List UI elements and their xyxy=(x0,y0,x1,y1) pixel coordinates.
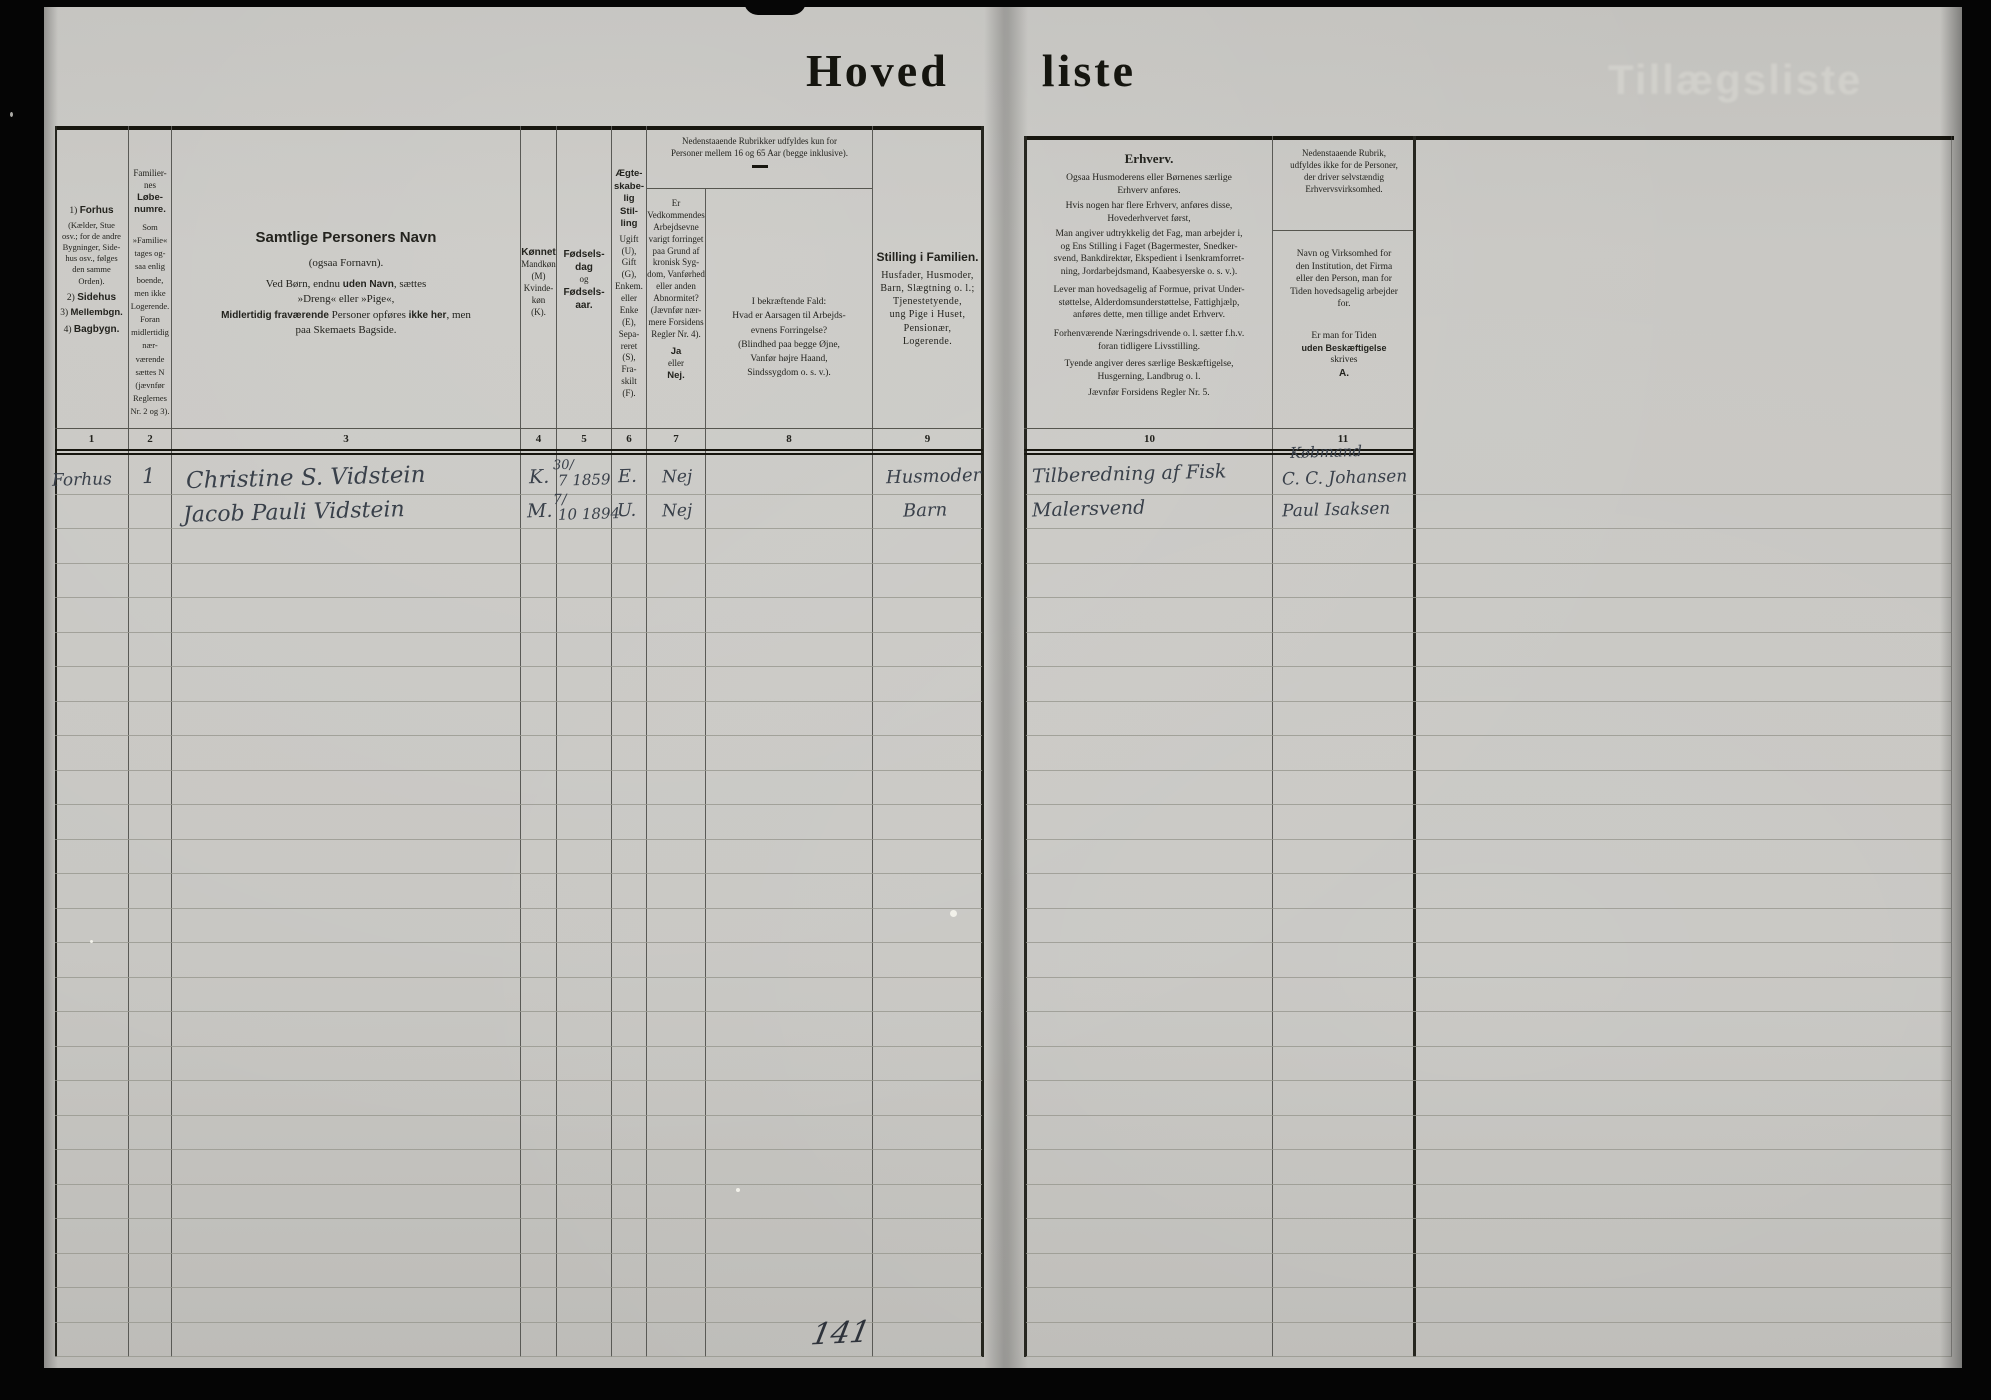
left-header-bottom-line xyxy=(55,428,983,429)
colnum-6: 6 xyxy=(612,433,646,445)
col7-body: Er Vedkommendes Arbejdsevne varigt forri… xyxy=(647,198,705,341)
row-line xyxy=(55,839,982,840)
col2-title-top: Familier- nes xyxy=(129,168,171,192)
entry-row2-sex: M. xyxy=(527,500,553,523)
row-line xyxy=(1026,1184,1952,1185)
col3-rule-absent: Midlertidig fraværende Personer opføres … xyxy=(172,308,520,323)
col6-title: Ægte- skabe- lig Stil- ling xyxy=(612,168,646,231)
row-line xyxy=(1026,977,1952,978)
col4-title: Kønnet xyxy=(521,246,556,259)
row-line xyxy=(1026,597,1952,598)
page-title: Hoved liste xyxy=(806,44,1136,97)
col4-header: Kønnet Mandkøn (M) Kvinde- køn (K). xyxy=(521,246,556,319)
row-line xyxy=(1026,1287,1952,1288)
entry-row2-birthdate: 10 1894 xyxy=(558,504,620,524)
page-title-word-2: liste xyxy=(1042,44,1136,97)
col5-line-c: Fødsels- aar. xyxy=(557,286,611,312)
col11-divider-line xyxy=(1273,230,1413,231)
left-double-line-b xyxy=(55,453,983,455)
row-line xyxy=(55,735,982,736)
colnum-8: 8 xyxy=(706,433,872,445)
row-line xyxy=(1026,908,1952,909)
col3-rule-absent-2: paa Skemaets Bagside. xyxy=(172,323,520,338)
entry-row1-sex: K. xyxy=(529,466,550,489)
census-scan-page: Hoved liste Tillægsliste 1) Forhus (Kæld… xyxy=(0,0,1991,1400)
col2-note: Som »Familie« tages og- saa enlig boende… xyxy=(129,221,171,419)
col10-p6: Tyende angiver deres særlige Beskæftigel… xyxy=(1028,358,1270,383)
row-line xyxy=(1026,1149,1952,1150)
entry-building-type: Forhus xyxy=(52,469,112,491)
colnum-4: 4 xyxy=(521,433,556,445)
row-line xyxy=(1026,666,1952,667)
ghost-bleedthrough-title: Tillægsliste xyxy=(1608,56,1862,104)
col11-right-border xyxy=(1413,136,1416,1357)
col4-body: Mandkøn (M) Kvinde- køn (K). xyxy=(521,259,556,318)
colnum-2: 2 xyxy=(129,433,171,445)
col2-title-bold: Løbe- numre. xyxy=(129,192,171,217)
col8-header: I bekræftende Fald: Hvad er Aarsagen til… xyxy=(706,295,872,381)
col1-item2-num: 2) xyxy=(67,293,75,303)
page-gutter-shadow xyxy=(984,7,1028,1368)
col9-title: Stilling i Familien. xyxy=(874,250,981,266)
col3-rule-children-2: »Dreng« eller »Pige«, xyxy=(172,292,520,307)
col1-item1-num: 1) xyxy=(69,206,77,216)
span78-dash xyxy=(752,165,768,168)
row-line xyxy=(1026,632,1952,633)
dust-speck xyxy=(736,1188,740,1192)
col2-header: Familier- nes Løbe- numre. Som »Familie«… xyxy=(129,168,171,418)
right-edge-shadow xyxy=(1940,7,1962,1368)
row-line xyxy=(55,1287,982,1288)
col1-item2-label: Sidehus xyxy=(77,292,116,303)
col10-p2: Hvis nogen har flere Erhverv, anføres di… xyxy=(1028,200,1270,225)
row-line xyxy=(1026,1080,1952,1081)
colnum-7: 7 xyxy=(647,433,705,445)
col3-title: Samtlige Personers Navn xyxy=(172,228,520,248)
col10-title: Erhverv. xyxy=(1028,150,1270,167)
row-line xyxy=(1026,1218,1952,1219)
entry-family-number: 1 xyxy=(142,464,156,488)
col11-bottom-note: Er man for Tiden uden Beskæftigelse skri… xyxy=(1276,330,1412,380)
entry-row2-workability: Nej xyxy=(662,501,693,522)
col1-item1-label: Forhus xyxy=(80,205,114,216)
footer-tally-mark: 141 xyxy=(808,1315,873,1353)
row-line xyxy=(55,770,982,771)
col7-eller: eller xyxy=(647,358,705,370)
row-line xyxy=(1026,770,1952,771)
col1-note: (Kælder, Stue osv.; for de andre Bygning… xyxy=(56,220,127,287)
row-line xyxy=(1026,942,1952,943)
span78-line2: Personer mellem 16 og 65 Aar (begge inkl… xyxy=(647,148,872,160)
entry-row1-employer-name: C. C. Johansen xyxy=(1282,466,1408,489)
colnum-10: 10 xyxy=(1027,433,1272,445)
left-edge-shadow xyxy=(44,7,58,1368)
col10-p3: Man angiver udtrykkelig det Fag, man arb… xyxy=(1028,228,1270,278)
row-line xyxy=(55,1356,982,1357)
entry-row1-birthdate: 7 1859 xyxy=(558,470,611,489)
row-line xyxy=(55,942,982,943)
col5-line-a: Fødsels- dag xyxy=(557,248,611,274)
row-line xyxy=(1026,1115,1952,1116)
col1-header: 1) Forhus (Kælder, Stue osv.; for de and… xyxy=(56,204,127,336)
col-divider-10-11 xyxy=(1272,136,1273,1357)
row-line xyxy=(1026,563,1952,564)
span78-header: Nedenstaaende Rubrikker udfyldes kun for… xyxy=(647,130,872,189)
col1-item4-label: Bagbygn. xyxy=(74,324,120,335)
colnum-5: 5 xyxy=(557,433,611,445)
col1-item3-num: 3) xyxy=(60,308,68,318)
colnum-3: 3 xyxy=(172,433,520,445)
col3-rule-children: Ved Børn, endnu uden Navn, sættes xyxy=(172,277,520,292)
right-header-bottom-line xyxy=(1024,428,1414,429)
col7-nej: Nej. xyxy=(647,370,705,383)
row-line xyxy=(55,804,982,805)
row-line xyxy=(55,563,982,564)
left-double-line-a xyxy=(55,449,983,451)
row-line xyxy=(55,1080,982,1081)
entry-row2-family-position: Barn xyxy=(903,499,948,521)
entry-row1-employer-title: Købmand xyxy=(1290,442,1362,462)
col11-top-note: Nedenstaaende Rubrik, udfyldes ikke for … xyxy=(1276,148,1412,196)
col7-ja: Ja xyxy=(647,346,705,359)
page-title-word-1: Hoved xyxy=(806,44,949,97)
entry-row2-occupation: Malersvend xyxy=(1032,497,1146,522)
entry-row1-workability: Nej xyxy=(662,467,693,488)
col9-header: Stilling i Familien. Husfader, Husmoder,… xyxy=(874,250,981,348)
col5-line-b: og xyxy=(557,274,611,286)
col10-p5: Forhenværende Næringsdrivende o. l. sætt… xyxy=(1028,328,1270,353)
entry-row1-family-position: Husmoder xyxy=(886,465,982,488)
row-line xyxy=(55,666,982,667)
dust-speck xyxy=(10,112,13,117)
col11-mid-note: Navn og Virksomhed for den Institution, … xyxy=(1276,248,1412,311)
col10-p4: Lever man hovedsagelig af Formue, privat… xyxy=(1028,284,1270,322)
entry-row2-employer-name: Paul Isaksen xyxy=(1282,499,1391,522)
right-table-top-border xyxy=(1024,136,1954,140)
row-line xyxy=(55,1184,982,1185)
row-line xyxy=(1026,494,1952,495)
row-line xyxy=(55,528,982,529)
row-line xyxy=(55,977,982,978)
col10-header: Erhverv. Ogsaa Husmoderens eller Børnene… xyxy=(1028,150,1270,400)
row-line xyxy=(55,1115,982,1116)
row-line xyxy=(1026,1356,1952,1357)
row-line xyxy=(55,1218,982,1219)
row-line xyxy=(1026,1253,1952,1254)
col7-header: Er Vedkommendes Arbejdsevne varigt forri… xyxy=(647,198,705,382)
row-line xyxy=(55,1011,982,1012)
row-line xyxy=(55,1253,982,1254)
col5-header: Fødsels- dag og Fødsels- aar. xyxy=(557,248,611,313)
entry-row1-marital-status: E. xyxy=(618,466,637,487)
row-line xyxy=(55,1046,982,1047)
row-line xyxy=(1026,873,1952,874)
col6-body: Ugift (U), Gift (G), Enkem. eller Enke (… xyxy=(612,234,646,400)
entry-row2-marital-status: U. xyxy=(617,500,637,521)
col1-item4-num: 4) xyxy=(64,325,72,335)
scan-top-notch xyxy=(744,0,806,15)
row-line xyxy=(1026,701,1952,702)
row-line xyxy=(55,597,982,598)
row-line xyxy=(1026,1322,1952,1323)
row-line xyxy=(55,494,982,495)
colnum-1: 1 xyxy=(56,433,127,445)
row-line xyxy=(1026,1011,1952,1012)
row-line xyxy=(1026,528,1952,529)
col10-p7: Jævnfør Forsidens Regler Nr. 5. xyxy=(1028,387,1270,400)
row-line xyxy=(1026,1046,1952,1047)
dust-speck xyxy=(950,910,957,917)
row-line xyxy=(1026,839,1952,840)
col-divider-8-9 xyxy=(872,126,873,1357)
col3-header: Samtlige Personers Navn (ogsaa Fornavn).… xyxy=(172,228,520,337)
col10-p1: Ogsaa Husmoderens eller Børnenes særlige… xyxy=(1028,172,1270,197)
row-line xyxy=(55,873,982,874)
colnum-9: 9 xyxy=(874,433,981,445)
row-line xyxy=(55,632,982,633)
row-line xyxy=(1026,804,1952,805)
dust-speck xyxy=(90,940,93,943)
row-line xyxy=(55,908,982,909)
col3-subtitle: (ogsaa Fornavn). xyxy=(172,256,520,271)
span78-line1: Nedenstaaende Rubrikker udfyldes kun for xyxy=(647,130,872,148)
col9-body: Husfader, Husmoder, Barn, Slægtning o. l… xyxy=(874,269,981,348)
col1-item3-label: Mellembgn. xyxy=(71,307,123,318)
row-line xyxy=(55,701,982,702)
row-line xyxy=(55,1149,982,1150)
row-line xyxy=(1026,735,1952,736)
col6-header: Ægte- skabe- lig Stil- ling Ugift (U), G… xyxy=(612,168,646,400)
